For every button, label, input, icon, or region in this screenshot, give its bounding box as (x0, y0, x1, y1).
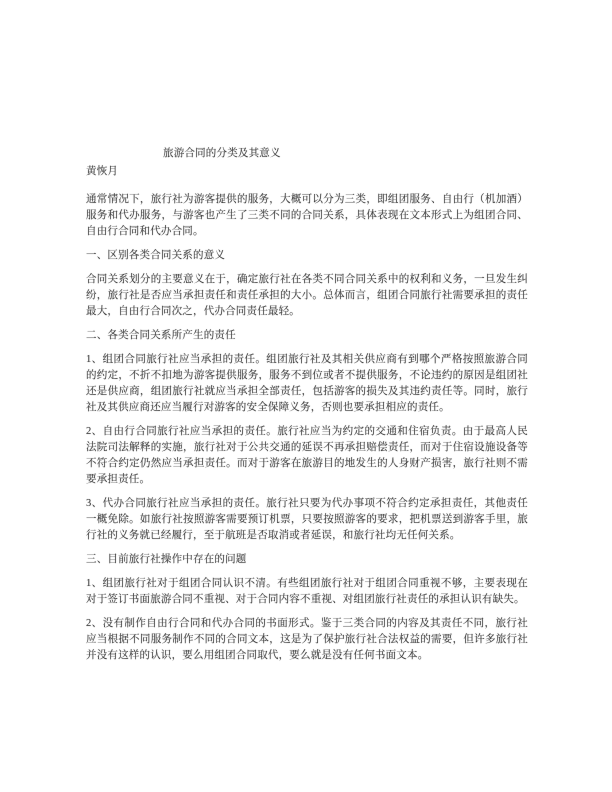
section-heading-2: 二、各类合同关系所产生的责任 (86, 328, 528, 344)
paragraph-agency-contract-liability: 3、代办合同旅行社应当承担的责任。旅行社只要为代办事项不符合约定承担责任，其他责… (86, 496, 528, 544)
paragraph-section1-meaning: 合同关系划分的主要意义在于，确定旅行社在各类不同合同关系中的权利和义务，一旦发生… (86, 272, 528, 320)
paragraph-intro: 通常情况下，旅行社为游客提供的服务，大概可以分为三类，即组团服务、自由行（机加酒… (86, 192, 528, 240)
paragraph-independent-travel-liability: 2、自由行合同旅行社应当承担的责任。旅行社应当为约定的交通和住宿负责。由于最高人… (86, 424, 528, 488)
document-content: 旅游合同的分类及其意义 黄恢月 通常情况下，旅行社为游客提供的服务，大概可以分为… (86, 146, 528, 672)
section-heading-1: 一、区别各类合同关系的意义 (86, 248, 528, 264)
paragraph-problem-1: 1、组团旅行社对于组团合同认识不清。有些组团旅行社对于组团合同重视不够，主要表现… (86, 576, 528, 608)
document-title: 旅游合同的分类及其意义 (86, 146, 528, 162)
paragraph-group-tour-liability: 1、组团合同旅行社应当承担的责任。组团旅行社及其相关供应商有到哪个严格按照旅游合… (86, 352, 528, 416)
paragraph-problem-2: 2、没有制作自由行合同和代办合同的书面形式。鉴于三类合同的内容及其责任不同，旅行… (86, 616, 528, 664)
section-heading-3: 三、目前旅行社操作中存在的问题 (86, 552, 528, 568)
author-name: 黄恢月 (86, 164, 528, 180)
document-page: 旅游合同的分类及其意义 黄恢月 通常情况下，旅行社为游客提供的服务，大概可以分为… (0, 0, 612, 792)
